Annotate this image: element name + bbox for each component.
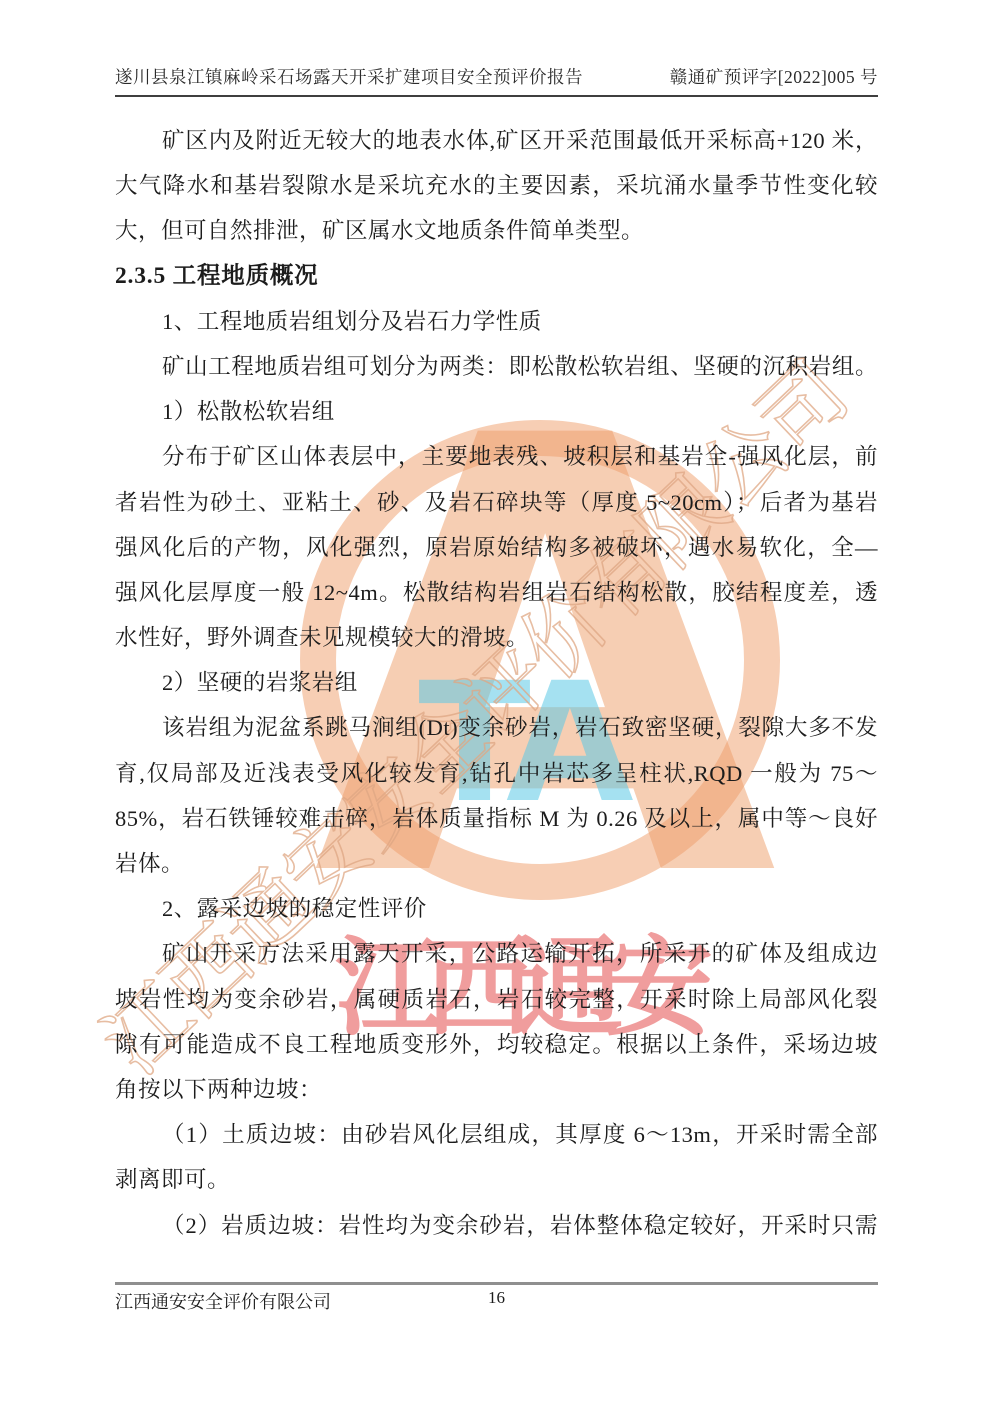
- body-line: 隙有可能造成不良工程地质变形外，均较稳定。根据以上条件，采场边坡: [115, 1022, 878, 1067]
- body-line: 大气降水和基岩裂隙水是采坑充水的主要因素，采坑涌水量季节性变化较: [115, 163, 878, 208]
- footer-rule: [115, 1282, 878, 1285]
- body-line: 矿山开采方法采用露天开采，公路运输开拓，所采开的矿体及组成边: [115, 931, 878, 976]
- body-line: （2）岩质边坡：岩性均为变余砂岩，岩体整体稳定较好，开采时只需: [115, 1203, 878, 1248]
- body-line: 坡岩性均为变余砂岩，属硬质岩石，岩石较完整，开采时除上局部风化裂: [115, 977, 878, 1022]
- body-line: 矿区内及附近无较大的地表水体,矿区开采范围最低开采标高+120 米，: [115, 118, 878, 163]
- header-report-title: 遂川县泉江镇麻岭采石场露天开采扩建项目安全预评价报告: [115, 64, 583, 89]
- body-line: 强风化层厚度一般 12~4m。松散结构岩组岩石结构松散，胶结程度差，透: [115, 570, 878, 615]
- body-line: 强风化后的产物，风化强烈，原岩原始结构多被破坏，遇水易软化，全—: [115, 525, 878, 570]
- page-header: 遂川县泉江镇麻岭采石场露天开采扩建项目安全预评价报告 赣通矿预评字[2022]0…: [115, 64, 878, 89]
- body-line: 该岩组为泥盆系跳马涧组(Dt)变余砂岩，岩石致密坚硬，裂隙大多不发: [115, 705, 878, 750]
- header-rule: [115, 95, 878, 97]
- body-line: （1）土质边坡：由砂岩风化层组成，其厚度 6～13m，开采时需全部: [115, 1112, 878, 1157]
- document-body: 矿区内及附近无较大的地表水体,矿区开采范围最低开采标高+120 米，大气降水和基…: [115, 118, 878, 1248]
- body-line: 大，但可自然排泄，矿区属水文地质条件简单类型。: [115, 208, 878, 253]
- body-line: 2、露采边坡的稳定性评价: [115, 886, 878, 931]
- body-line: 角按以下两种边坡：: [115, 1067, 878, 1112]
- body-line: 育,仅局部及近浅表受风化较发育,钻孔中岩芯多呈柱状,RQD 一般为 75～: [115, 751, 878, 796]
- body-line: 剥离即可。: [115, 1157, 878, 1202]
- text-layer: 遂川县泉江镇麻岭采石场露天开采扩建项目安全预评价报告 赣通矿预评字[2022]0…: [0, 0, 992, 1403]
- body-line: 岩体。: [115, 841, 878, 886]
- body-line: 者岩性为砂土、亚粘土、砂、及岩石碎块等（厚度 5~20cm）；后者为基岩: [115, 480, 878, 525]
- body-line: 1、工程地质岩组划分及岩石力学性质: [115, 299, 878, 344]
- body-line: 矿山工程地质岩组可划分为两类：即松散松软岩组、坚硬的沉积岩组。: [115, 344, 878, 389]
- body-line: 分布于矿区山体表层中，主要地表残、坡积层和基岩全-强风化层，前: [115, 434, 878, 479]
- section-heading: 2.3.5 工程地质概况: [115, 254, 878, 299]
- header-document-code: 赣通矿预评字[2022]005 号: [670, 64, 878, 89]
- body-line: 1）松散松软岩组: [115, 389, 878, 434]
- page-number: 16: [115, 1288, 878, 1308]
- body-line: 水性好，野外调查未见规模较大的滑坡。: [115, 615, 878, 660]
- body-line: 2）坚硬的岩浆岩组: [115, 660, 878, 705]
- body-line: 85%，岩石铁锤较难击碎，岩体质量指标 M 为 0.26 及以上，属中等～良好: [115, 796, 878, 841]
- document-page: A TA 江西通安安全评价有限公司 江西通安 遂川县泉江镇麻岭采石场露天开采扩建…: [0, 0, 992, 1403]
